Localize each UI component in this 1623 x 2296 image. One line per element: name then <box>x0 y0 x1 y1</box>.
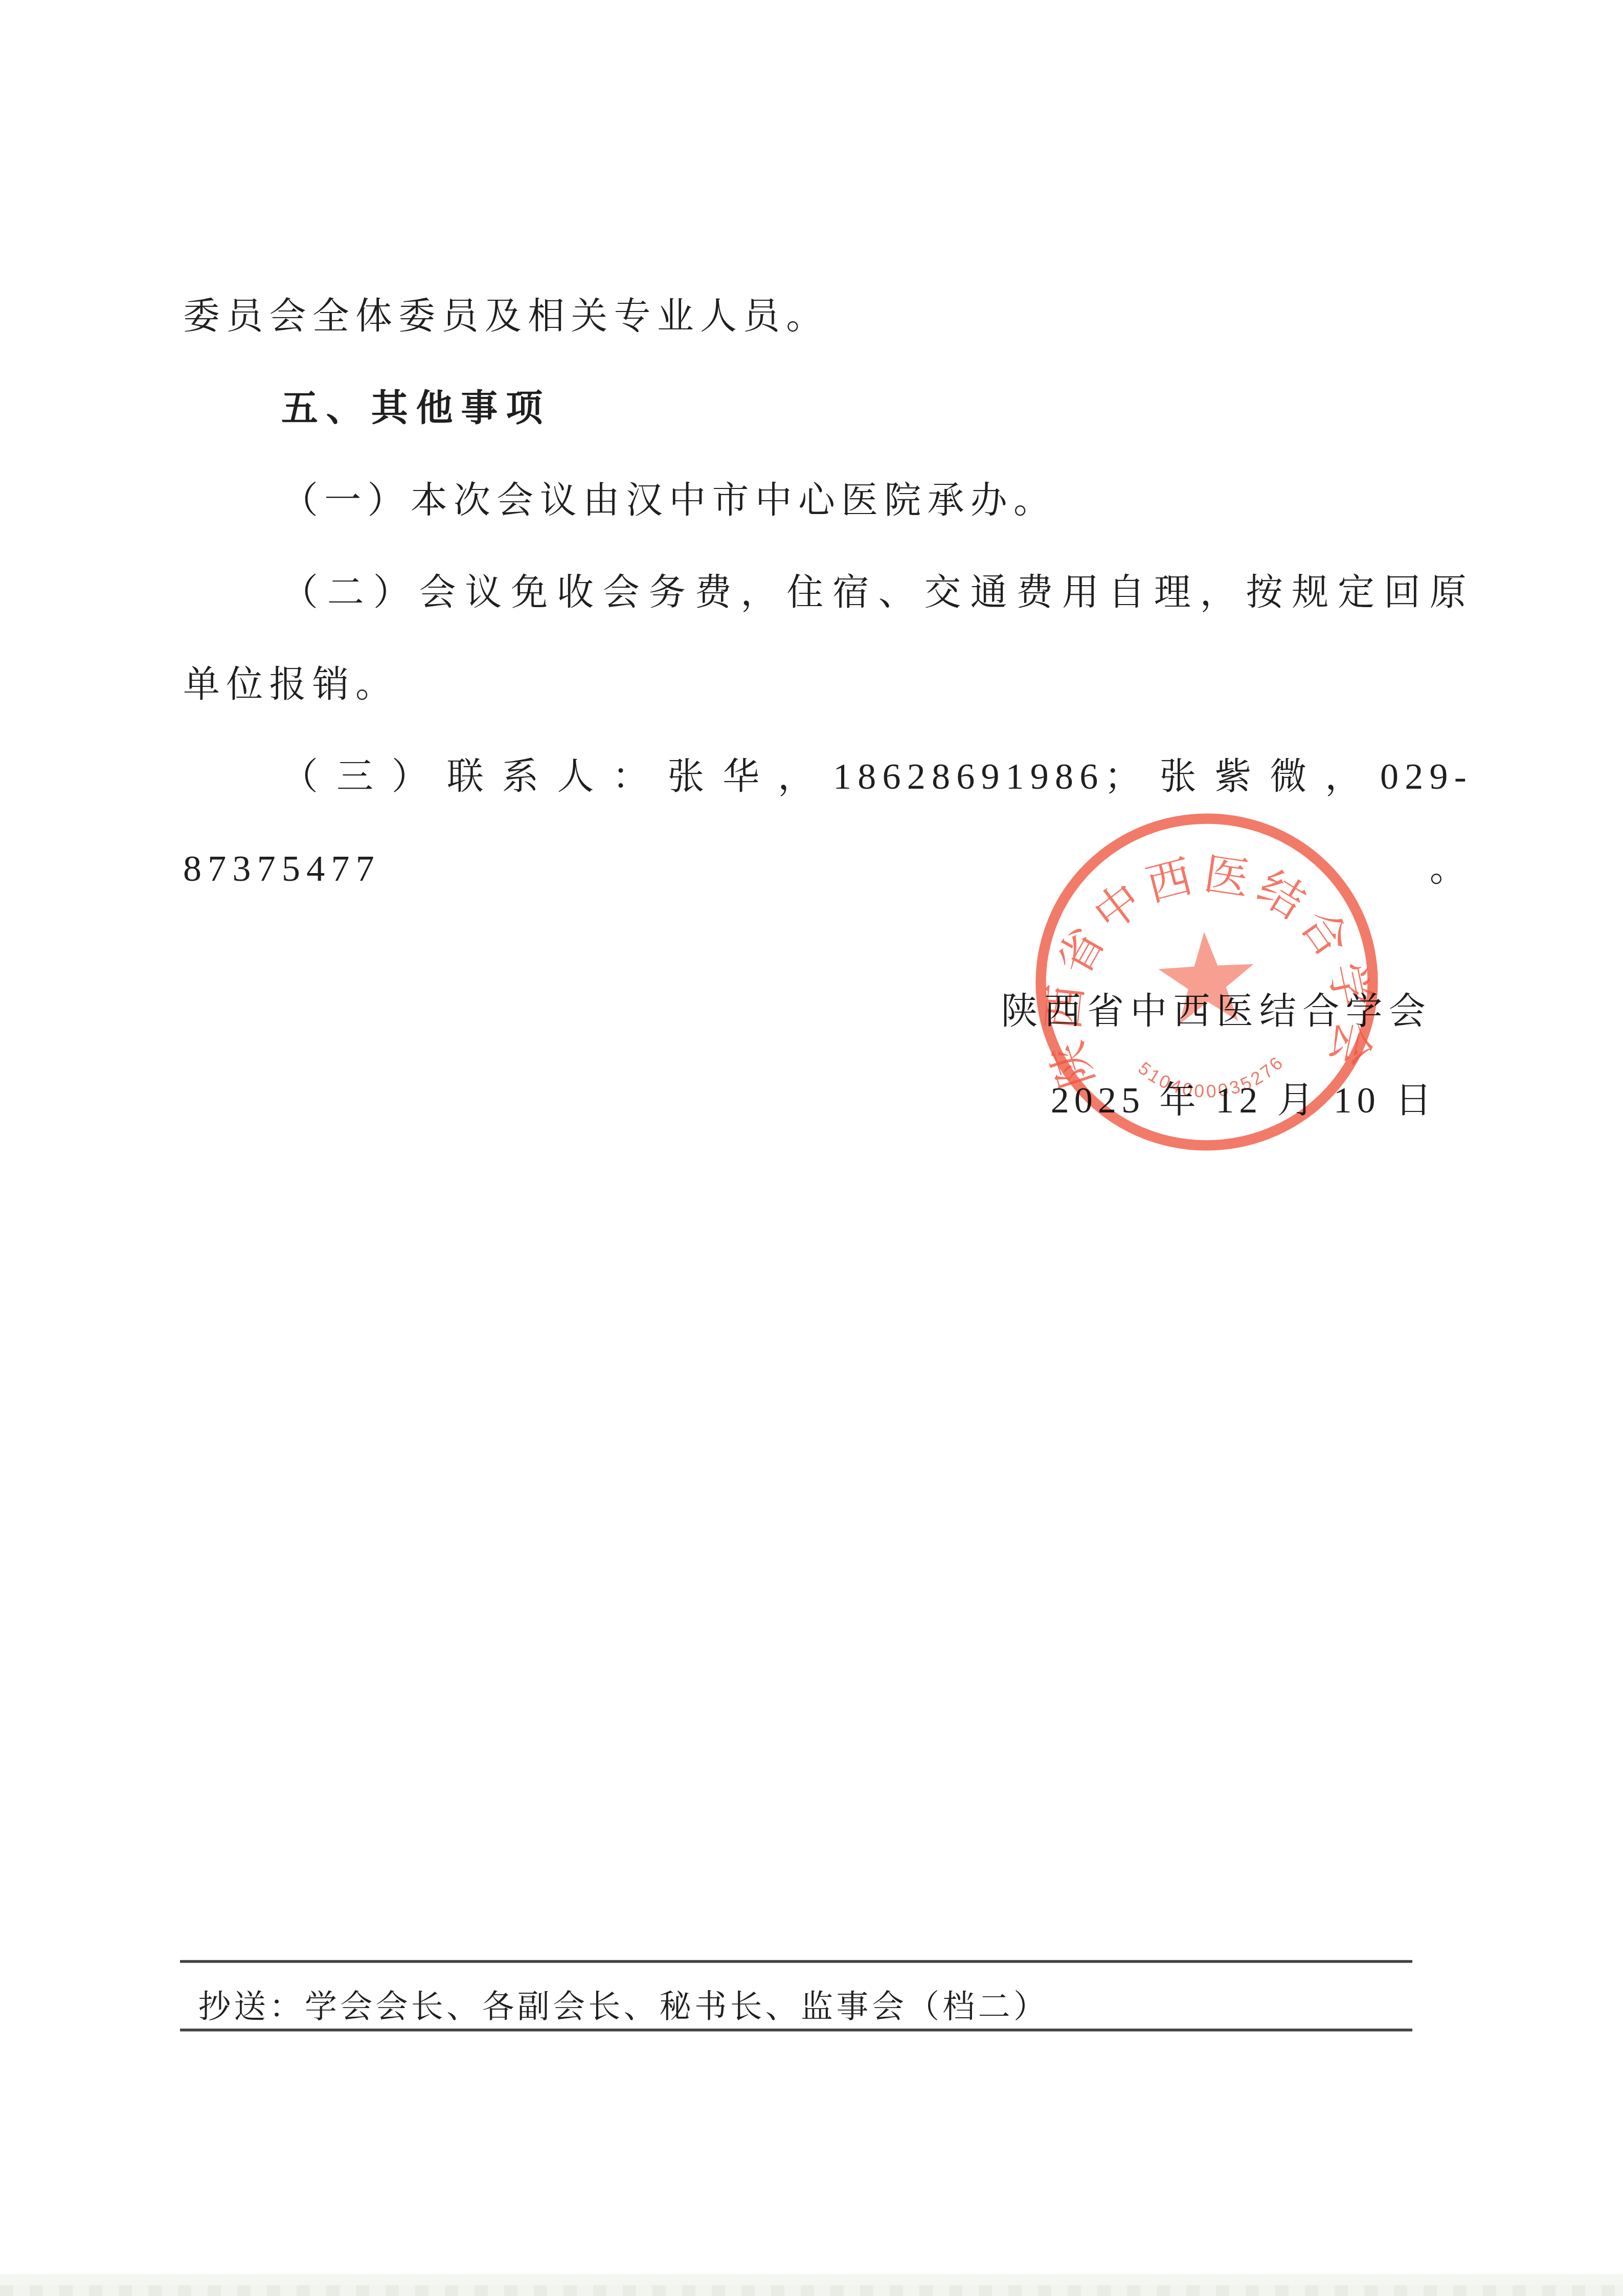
scan-edge-artifact-dark <box>0 2285 1623 2296</box>
svg-text:5104000035276: 5104000035276 <box>1134 1051 1290 1105</box>
footer-rule-bottom <box>180 2028 1412 2032</box>
footer-cc-line: 抄送：学会会长、各副会长、秘书长、监事会（档二） <box>198 1980 1049 2027</box>
body-line-item-2-continuation: 单位报销。 <box>183 638 1473 730</box>
star-icon <box>1157 929 1257 1025</box>
document-page: 委员会全体委员及相关专业人员。 五、其他事项 （一）本次会议由汉中市中心医院承办… <box>0 0 1623 2296</box>
body-line-item-2: （二）会议免收会务费，住宿、交通费用自理，按规定回原 <box>183 546 1473 638</box>
scan-edge-artifact <box>0 2274 1623 2285</box>
official-seal: 陕西省中西医结合学会 5104000035276 <box>1023 800 1390 1164</box>
footer-rule-top <box>180 1960 1412 1963</box>
body-line-item-1: （一）本次会议由汉中市中心医院承办。 <box>183 454 1473 546</box>
seal-code: 5104000035276 <box>1134 1051 1290 1105</box>
body-line-continuation: 委员会全体委员及相关专业人员。 <box>183 270 1473 362</box>
section-heading: 五、其他事项 <box>183 362 1473 454</box>
